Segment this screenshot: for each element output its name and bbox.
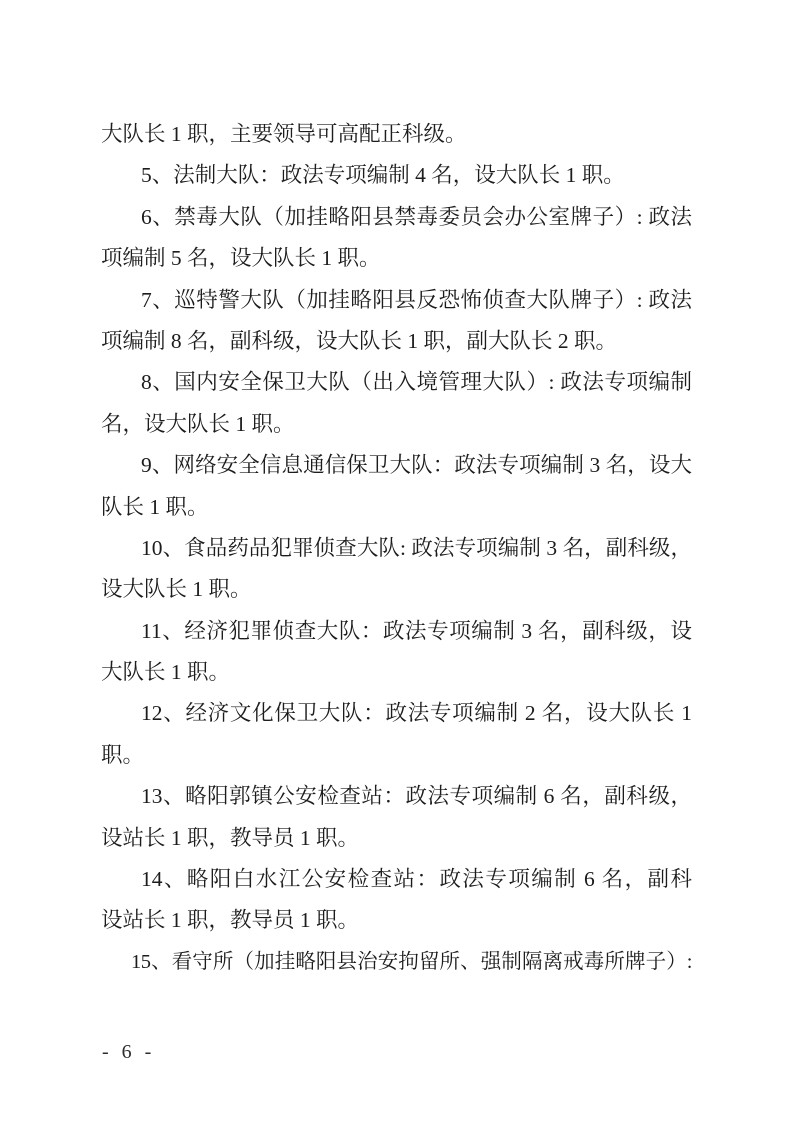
document-line: 8、国内安全保卫大队（出入境管理大队）: 政法专项编制 4 bbox=[101, 362, 692, 403]
document-line: 9、网络安全信息通信保卫大队：政法专项编制 3 名，设大 bbox=[101, 445, 692, 486]
document-line: 5、法制大队：政法专项编制 4 名，设大队长 1 职。 bbox=[101, 155, 692, 196]
document-line: 13、略阳郭镇公安检查站：政法专项编制 6 名，副科级， bbox=[101, 776, 692, 817]
document-line: 10、食品药品犯罪侦查大队: 政法专项编制 3 名，副科级， bbox=[101, 528, 692, 569]
document-line: 14、略阳白水江公安检查站：政法专项编制 6 名，副科级， bbox=[101, 859, 692, 900]
document-line: 项编制 5 名，设大队长 1 职。 bbox=[101, 238, 692, 279]
document-text: 大队长 1 职，主要领导可高配正科级。5、法制大队：政法专项编制 4 名，设大队… bbox=[101, 114, 692, 983]
document-line: 队长 1 职。 bbox=[101, 487, 692, 528]
document-line: 设站长 1 职，教导员 1 职。 bbox=[101, 818, 692, 859]
document-line: 设大队长 1 职。 bbox=[101, 569, 692, 610]
document-line: 大队长 1 职。 bbox=[101, 652, 692, 693]
document-line: 11、经济犯罪侦查大队：政法专项编制 3 名，副科级，设 bbox=[101, 611, 692, 652]
document-line: 项编制 8 名，副科级，设大队长 1 职，副大队长 2 职。 bbox=[101, 321, 692, 362]
document-line: 15、看守所（加挂略阳县治安拘留所、强制隔离戒毒所牌子）: bbox=[101, 942, 692, 983]
document-line: 12、经济文化保卫大队：政法专项编制 2 名，设大队长 1 bbox=[101, 693, 692, 734]
document-line: 职。 bbox=[101, 735, 692, 776]
document-line: 大队长 1 职，主要领导可高配正科级。 bbox=[101, 114, 692, 155]
page-number: - 6 - bbox=[102, 1040, 155, 1064]
document-line: 设站长 1 职，教导员 1 职。 bbox=[101, 900, 692, 941]
document-line: 名，设大队长 1 职。 bbox=[101, 404, 692, 445]
document-line: 6、禁毒大队（加挂略阳县禁毒委员会办公室牌子）: 政法专 bbox=[101, 197, 692, 238]
document-page: 大队长 1 职，主要领导可高配正科级。5、法制大队：政法专项编制 4 名，设大队… bbox=[0, 0, 793, 1122]
document-line: 7、巡特警大队（加挂略阳县反恐怖侦查大队牌子）: 政法专 bbox=[101, 280, 692, 321]
